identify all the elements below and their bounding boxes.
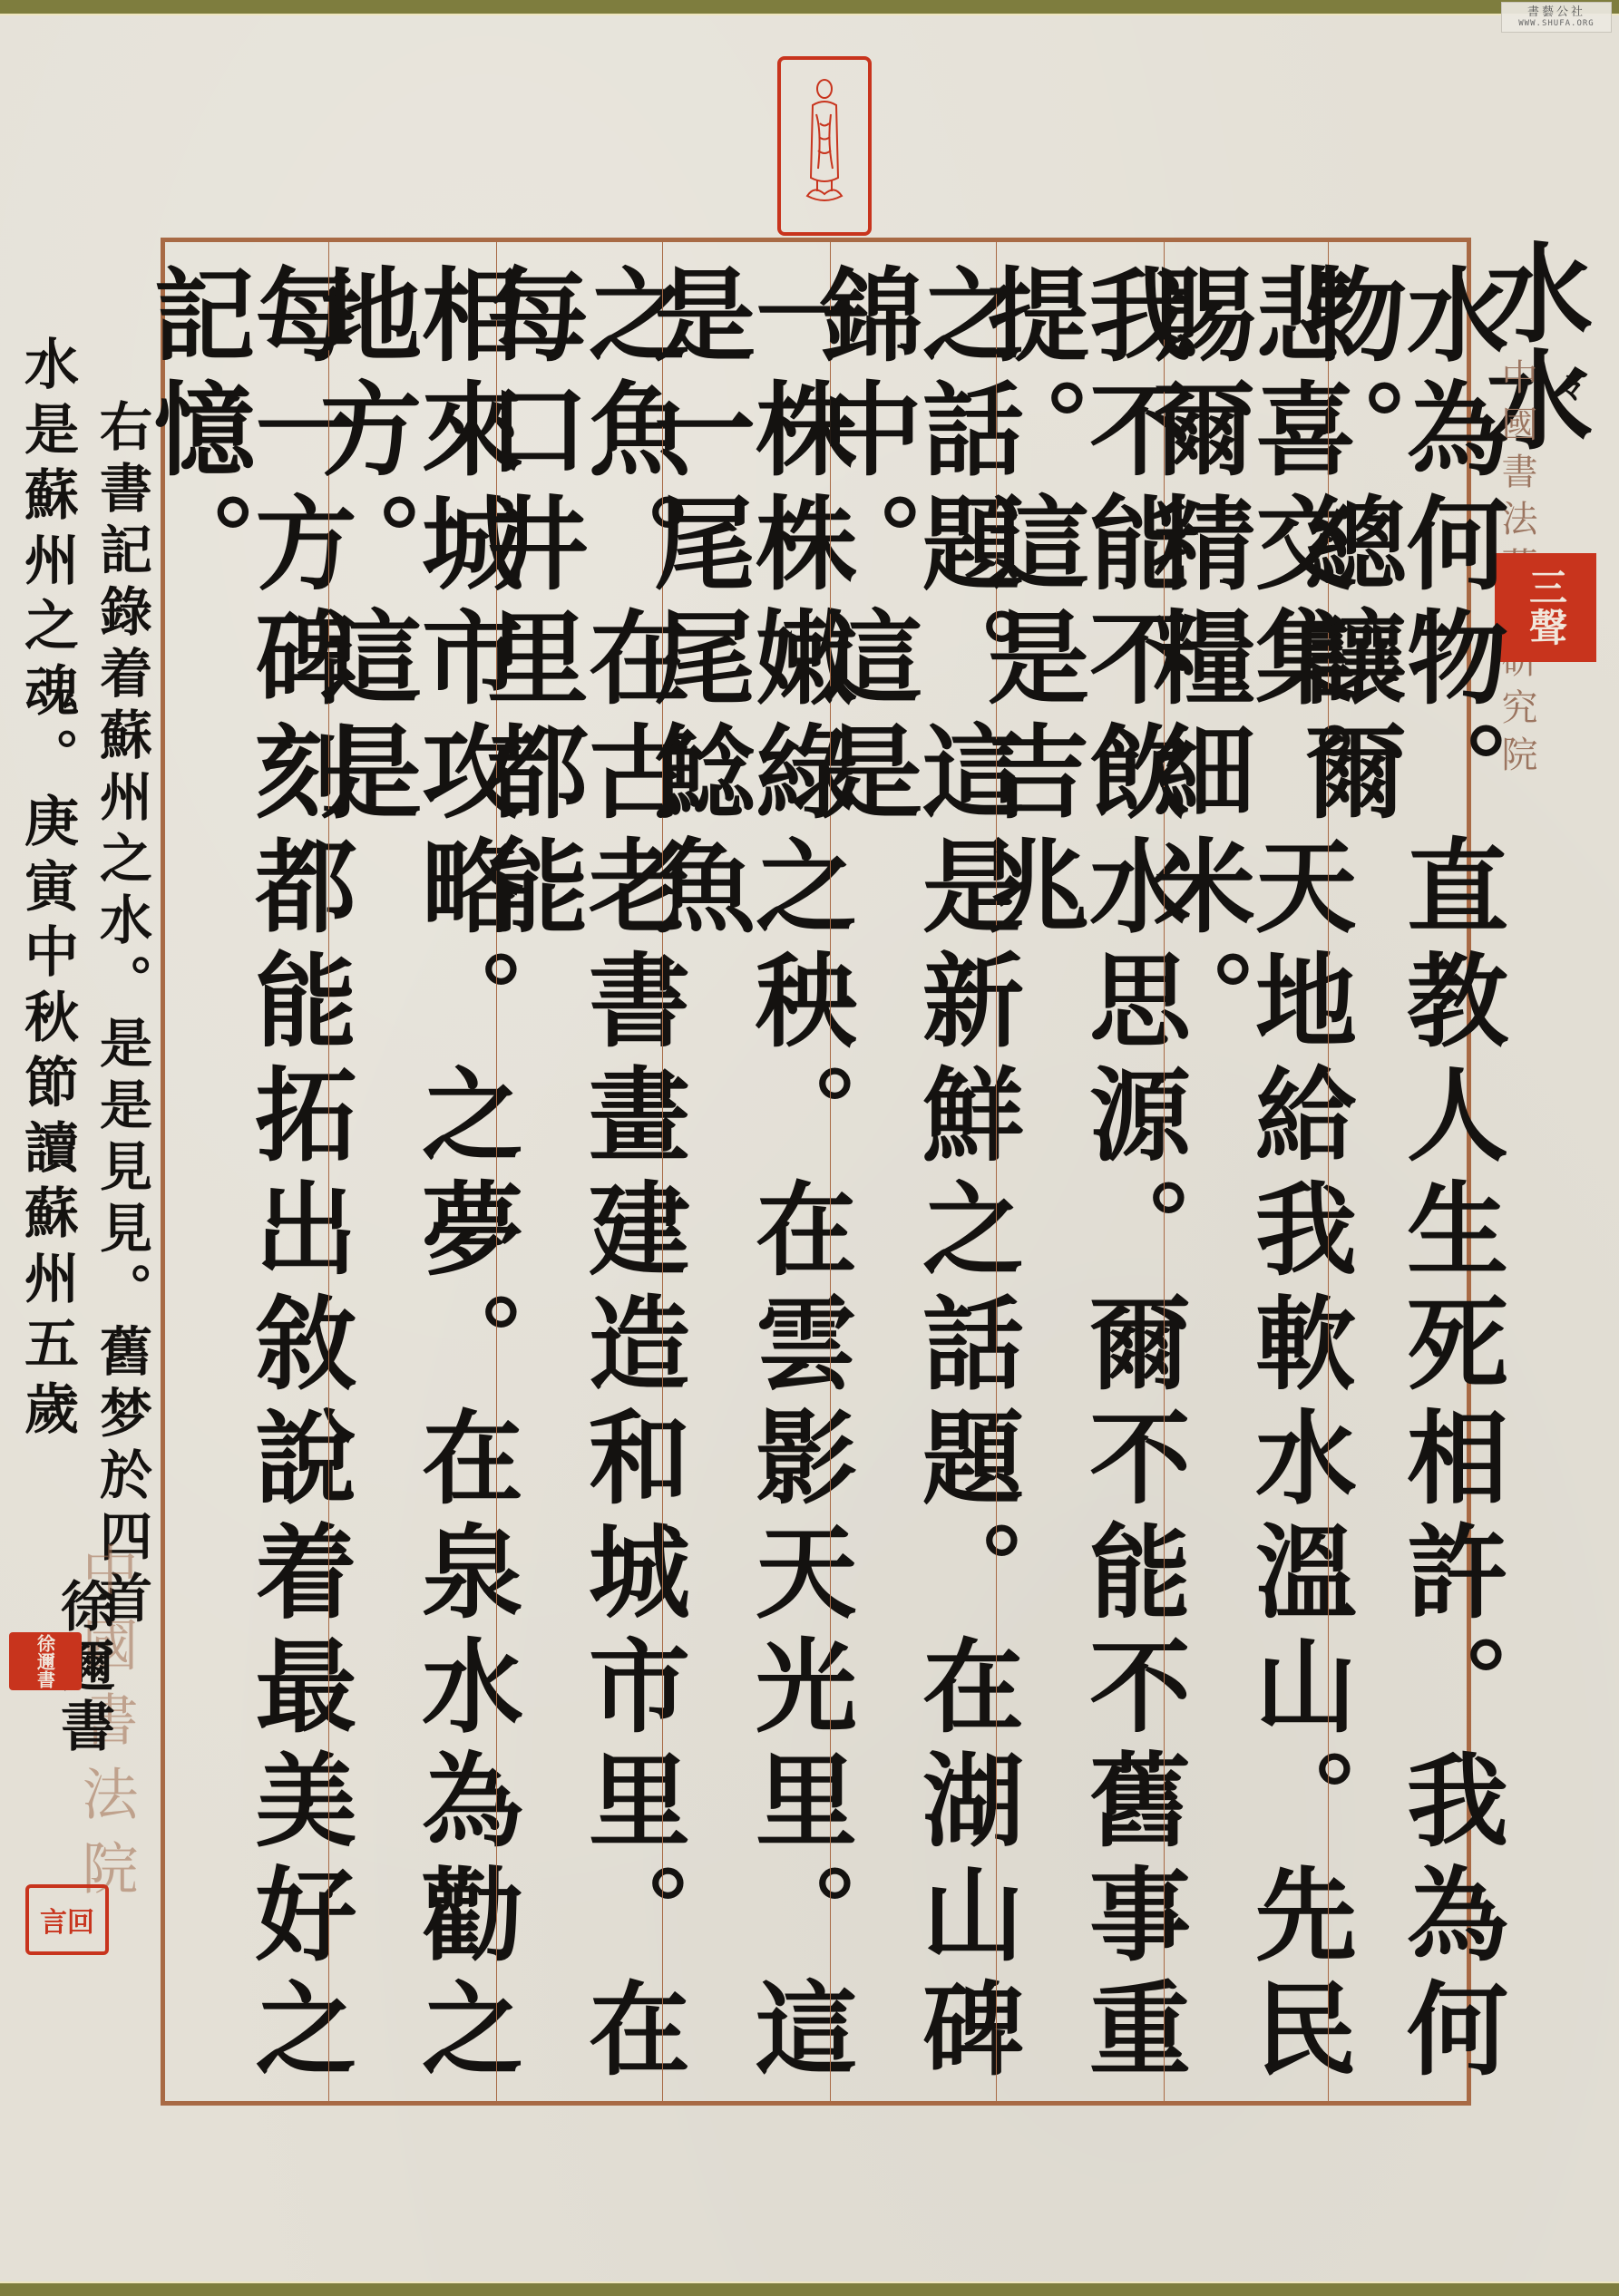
colophon-line-1: 右書記錄着蘇州之水。是是見見。舊梦於四首 xyxy=(95,399,148,1632)
watermark: 書藝公社 WWW.SHUFA.ORG xyxy=(1501,2,1612,33)
right-seal: 三聲 xyxy=(1495,553,1596,662)
watermark-url: WWW.SHUFA.ORG xyxy=(1518,19,1594,29)
grid-frame: 每一方碑刻都能拓出敘說着最美好之記憶。 相來城市攻略。之夢。在泉水為勸之地方。這… xyxy=(161,238,1471,2106)
top-border-band xyxy=(0,0,1619,15)
name-seal: 言回 xyxy=(25,1884,109,1955)
title-repeat-mark: 々 xyxy=(1554,363,1586,409)
watermark-chinese: 書藝公社 xyxy=(1527,5,1585,20)
buddha-seal xyxy=(777,56,872,236)
column-text: 水為何物。直教人生死相許。我為何物。總讓爾 xyxy=(1297,242,1500,2101)
colophon-line-2: 水是蘇州之魂。庚寅中秋節讀蘇州五歲 xyxy=(20,336,74,1445)
buddha-icon xyxy=(804,78,845,214)
text-column-1: 水為何物。直教人生死相許。我為何物。總讓爾 xyxy=(1328,242,1468,2101)
bottom-border-band xyxy=(0,2281,1619,2296)
signature-seal: 徐邇書 xyxy=(9,1632,82,1690)
